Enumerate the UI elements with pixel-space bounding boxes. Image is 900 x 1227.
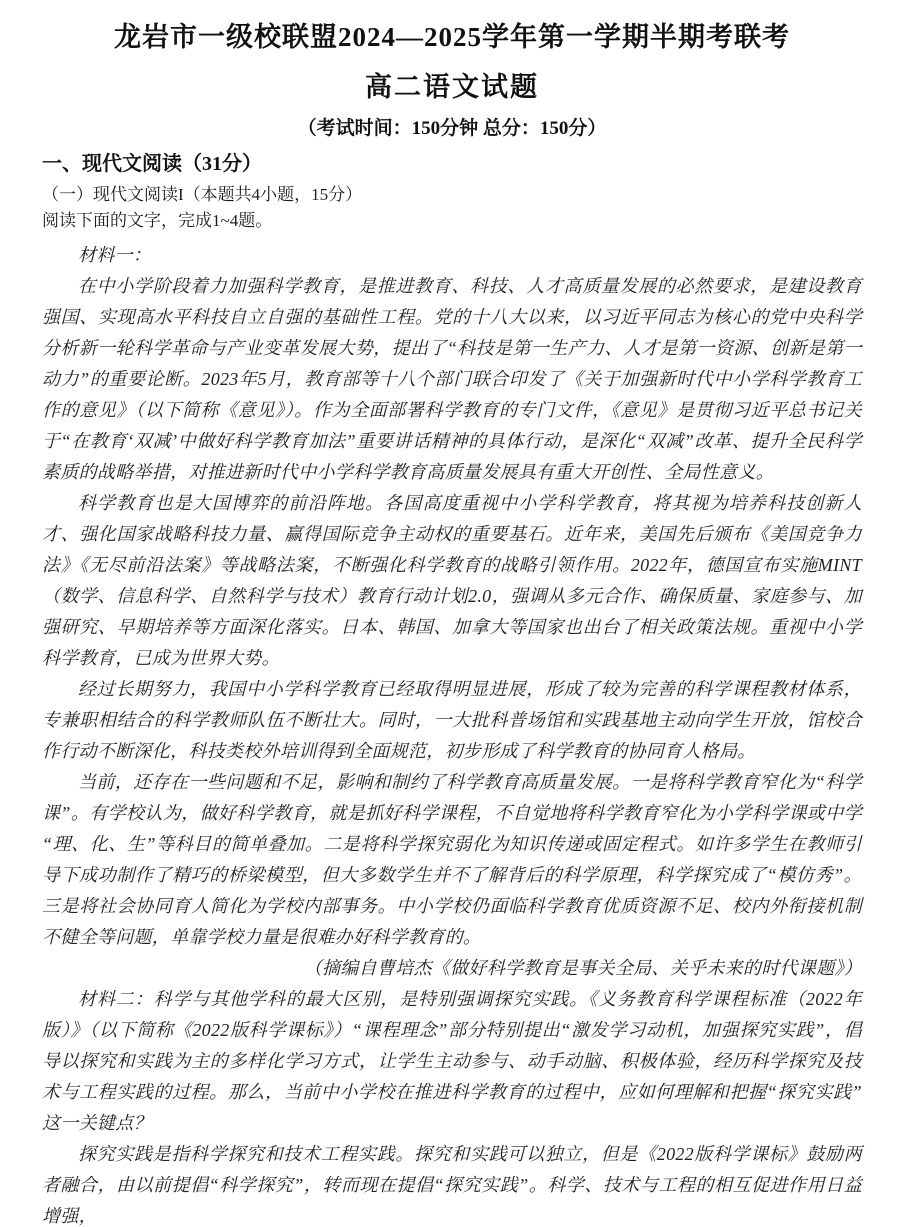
material-two-paragraph: 探究实践是指科学探究和技术工程实践。探究和实践可以独立，但是《2022版科学课标…	[42, 1139, 862, 1227]
exam-subtitle: 高二语文试题	[42, 70, 862, 104]
material-two-paragraph: 材料二：科学与其他学科的最大区别，是特别强调探究实践。《义务教育科学课程标准（2…	[42, 984, 862, 1139]
exam-info: （考试时间：150分钟 总分：150分）	[42, 117, 862, 141]
page-title: 龙岩市一级校联盟2024—2025学年第一学期半期考联考	[42, 20, 862, 54]
reading-passage: 材料一： 在中小学阶段着力加强科学教育，是推进教育、科技、人才高质量发展的必然要…	[42, 240, 862, 1227]
section-heading: 一、现代文阅读（31分）	[42, 150, 862, 178]
material-one-paragraph: 在中小学阶段着力加强科学教育，是推进教育、科技、人才高质量发展的必然要求，是建设…	[42, 271, 862, 488]
reading-instruction: 阅读下面的文字，完成1~4题。	[42, 208, 862, 234]
material-one-paragraph: 经过长期努力，我国中小学科学教育已经取得明显进展，形成了较为完善的科学课程教材体…	[42, 674, 862, 767]
material-one-label: 材料一：	[42, 240, 862, 271]
material-one-source: （摘编自曹培杰《做好科学教育是事关全局、关乎未来的时代课题》）	[42, 953, 862, 984]
exam-document: 龙岩市一级校联盟2024—2025学年第一学期半期考联考 高二语文试题 （考试时…	[0, 0, 900, 1227]
material-one-paragraph: 当前，还存在一些问题和不足，影响和制约了科学教育高质量发展。一是将科学教育窄化为…	[42, 767, 862, 953]
subsection-heading: （一）现代文阅读I（本题共4小题，15分）	[42, 182, 862, 208]
material-one-paragraph: 科学教育也是大国博弈的前沿阵地。各国高度重视中小学科学教育，将其视为培养科技创新…	[42, 488, 862, 674]
